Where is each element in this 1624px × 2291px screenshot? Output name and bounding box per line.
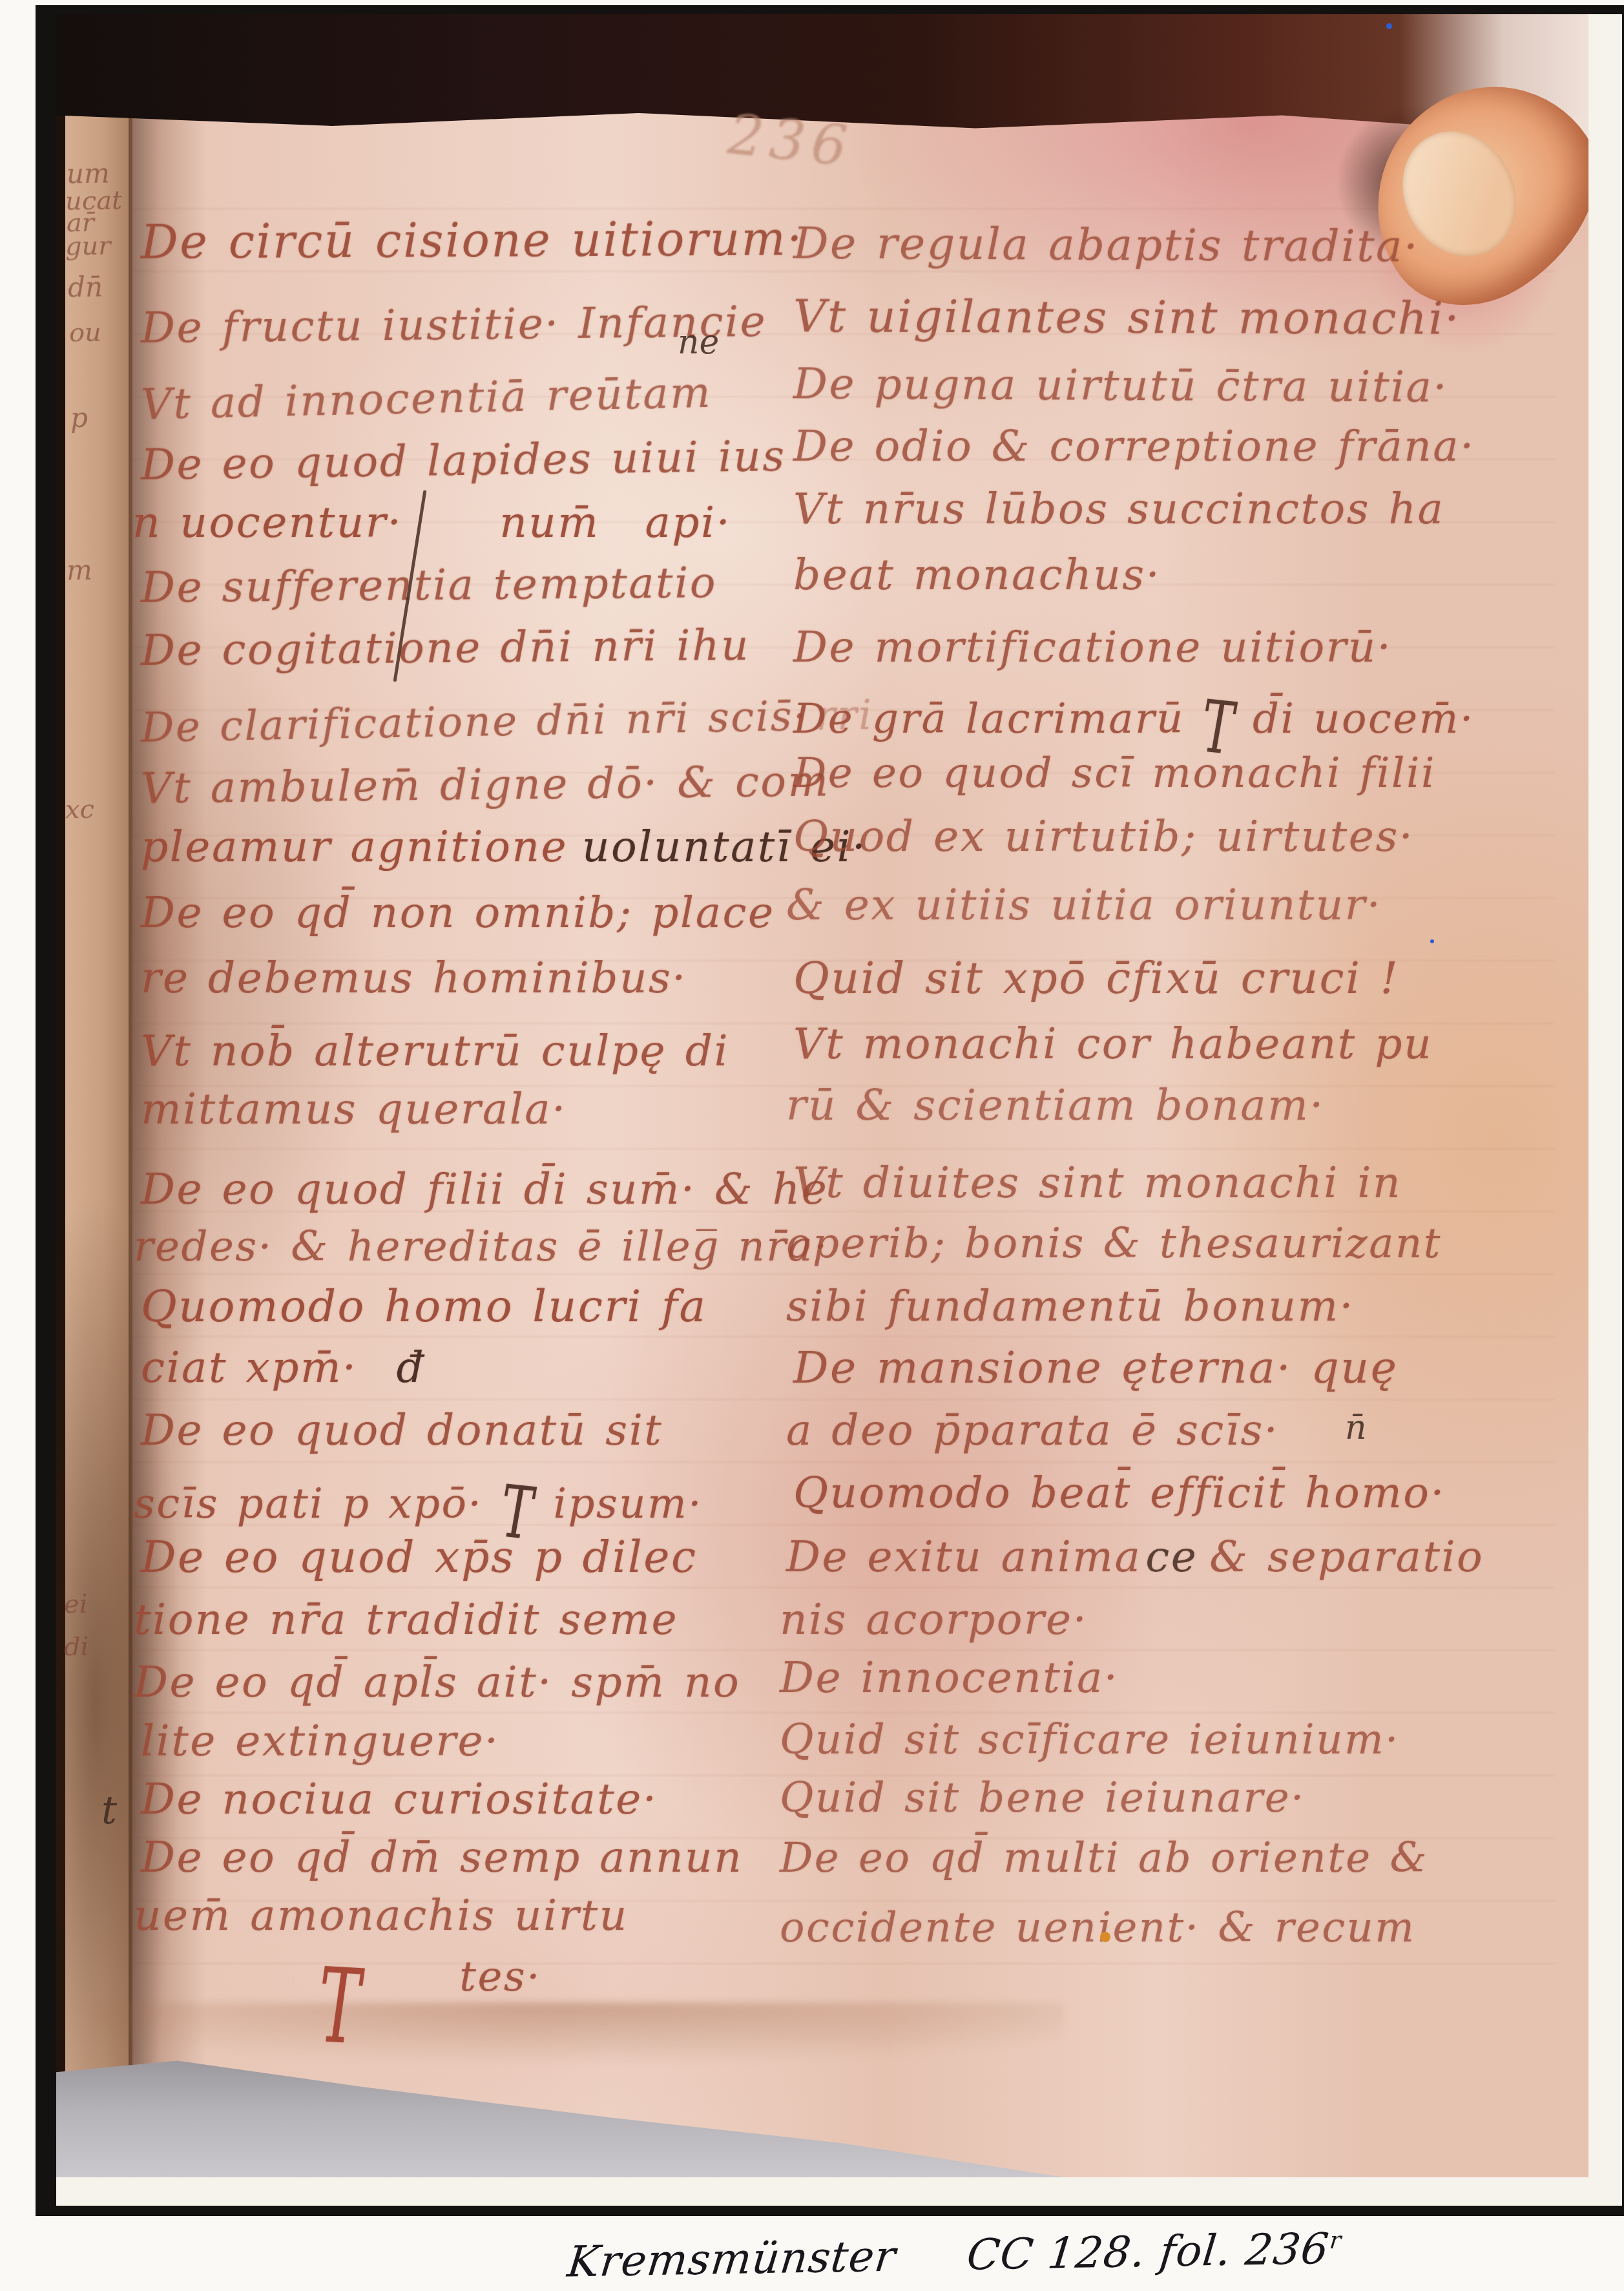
toc-right-entry-11: & ex uitiis uitia oriuntur· (786, 880, 1382, 930)
toc-right-entry-3: De pugna uirtutū c̄tra uitia· (793, 359, 1448, 412)
page-bottom-shadow (95, 2003, 1064, 2080)
text-run: De eo quod lapides uiui ius (141, 431, 787, 490)
toc-left-entry-19: De eo quod donatū sit (141, 1405, 663, 1455)
text-run: De fructu iustitie· Infancie (141, 297, 767, 353)
text-run: De exitu anima (786, 1532, 1141, 1582)
toc-left-entry-4: De eo quod lapides uiui ius (141, 431, 787, 490)
text-run: De innocentia· (780, 1653, 1119, 1702)
toc-left-entry-21: De eo quod xp̄s p dilec (141, 1532, 697, 1583)
text-run: De circū cisione uitiorum· (141, 211, 804, 269)
text-run: De nociua curiositate· (141, 1774, 658, 1824)
toc-left-entry-23: De eo qd̄ apl̄s ait· spm̄ no (134, 1657, 740, 1707)
cutoff-fragment-6: ou (69, 318, 102, 348)
toc-left-entry-9: Vt ambulem̄ digne dō· & com (141, 756, 830, 813)
toc-right-entry-13: Vt monachi cor habeant pu (793, 1019, 1433, 1069)
toc-right-entry-22: nis acorpore· (780, 1595, 1088, 1644)
toc-right-entry-9: De eo quod scī monachi filii (793, 749, 1436, 797)
cutoff-fragment-11: di (64, 1632, 89, 1662)
toc-left-entry-14: mittamus querala· (141, 1084, 567, 1134)
text-run: uem̄ amonachis uirtu (134, 1890, 629, 1940)
text-run: & separatio (1209, 1532, 1484, 1582)
text-run: De grā lacrimarū (793, 695, 1185, 743)
toc-left-entry-12: re debemus hominibus· (141, 953, 687, 1003)
toc-left-entry-16: redes· & hereditas ē illeg̅ nr̄a· (134, 1223, 829, 1271)
toc-left-entry-6: De sufferentia temptatio (141, 558, 718, 612)
text-run: d̄i uocem̄· (1253, 695, 1475, 743)
text-run: De eo quod filii d̄i sum̄· & he (141, 1164, 828, 1214)
text-run: sibi fundamentū bonum· (786, 1281, 1355, 1331)
text-run: Vt nr̄us lūbos succinctos ha (793, 484, 1444, 534)
text-run: De eo quod xp̄s p dilec (141, 1532, 697, 1583)
cutoff-fragment-5: dn̄ (68, 271, 103, 304)
text-run: T (318, 1945, 362, 2068)
text-run: Vt ambulem̄ digne dō· & com (141, 756, 830, 813)
text-run: operib; bonis & thesaurizant (786, 1220, 1442, 1268)
text-run: ce (1145, 1532, 1198, 1582)
text-run: Quid sit bene ieiunare· (780, 1774, 1306, 1822)
scan-page: { "page": { "folio_number": "236", "capt… (0, 0, 1624, 2291)
caption-superscript: r (1328, 2226, 1343, 2254)
text-run: De cogitatione dn̄i nr̄i ihu (141, 620, 751, 675)
toc-left-entry-11: De eo qd̄ non omnib; place (141, 888, 775, 937)
toc-right-entry-2: Vt uigilantes sint monachi· (793, 289, 1461, 345)
text-run: Quod ex uirtutib; uirtutes· (793, 811, 1414, 861)
text-run: scīs pati p xpō· (134, 1480, 483, 1528)
toc-right-entry-6: beat monachus· (793, 550, 1161, 600)
toc-left-entry-28: Ttes· (305, 1946, 541, 2067)
toc-right-entry-18: De mansione ęterna· quę (793, 1343, 1398, 1394)
toc-left-entry-22: tione nr̄a tradidit seme (134, 1595, 678, 1644)
text-run: De eo qd̄ non omnib; place (141, 888, 775, 937)
text-run: De eo qd̄ apl̄s ait· spm̄ no (134, 1657, 740, 1707)
toc-left-entry-26: De eo qd̄ dm̄ semp annun (141, 1832, 743, 1882)
text-run: re debemus hominibus· (141, 953, 687, 1003)
toc-right-entry-5: Vt nr̄us lūbos succinctos ha (793, 484, 1444, 534)
toc-right-entry-20: Quomodo beat̄ efficit̄ homo· (793, 1468, 1446, 1518)
toc-right-entry-21: De exitu animace& separatio (786, 1532, 1484, 1582)
text-run: De eo quod donatū sit (141, 1405, 663, 1455)
toc-right-entry-12: Quid sit xpō c̄fixū cruci ! (793, 953, 1399, 1004)
cutoff-fragment-1: um (67, 157, 110, 189)
orange-speck-1 (1100, 1932, 1110, 1942)
text-run: De pugna uirtutū c̄tra uitia· (793, 359, 1448, 412)
toc-left-entry-1: De circū cisione uitiorum· (141, 211, 804, 269)
text-run: & ex uitiis uitia oriuntur· (786, 880, 1382, 930)
text-run: Vt monachi cor habeant pu (793, 1019, 1433, 1069)
text-run: De eo qd̄ dm̄ semp annun (141, 1832, 743, 1882)
toc-left-entry-25: De nociua curiositate· (141, 1774, 658, 1824)
text-run: đ (396, 1343, 425, 1392)
text-run: De odio & correptione frāna· (793, 421, 1475, 471)
toc-right-entry-24: Quid sit scīficare ieiunium· (780, 1716, 1400, 1764)
text-run: De mansione ęterna· quę (793, 1343, 1398, 1394)
toc-right-entry-23: De innocentia· (780, 1653, 1119, 1702)
toc-right-entry-7: De mortificatione uitiorū· (793, 622, 1392, 672)
toc-left-entry-5: n uocentur·num̄api· (132, 497, 731, 547)
toc-right-entry-10: Quod ex uirtutib; uirtutes· (793, 811, 1414, 861)
text-run: De eo qd̄ multi ab oriente & (780, 1834, 1428, 1882)
insertion-mark-1: ne (678, 323, 719, 362)
toc-left-entry-15: De eo quod filii d̄i sum̄· & he (141, 1164, 828, 1214)
cutoff-fragment-10: ei (64, 1589, 88, 1620)
toc-right-entry-27: occidente uenient· & recum (780, 1904, 1416, 1952)
blue-speck-2 (1430, 939, 1434, 943)
text-run: tes· (459, 1953, 541, 2001)
cutoff-fragment-7: p (70, 402, 88, 434)
text-run: De regula abaptis tradita· (793, 218, 1420, 272)
text-run: occidente uenient· & recum (780, 1904, 1416, 1952)
text-run: Vt diuites sint monachi in (793, 1158, 1402, 1208)
text-run: De mortificatione uitiorū· (793, 622, 1392, 672)
toc-right-entry-25: Quid sit bene ieiunare· (780, 1774, 1306, 1822)
text-run: beat monachus· (793, 550, 1161, 600)
text-run: pleamur agnitione (141, 822, 568, 872)
text-run: Vt nob̄ alterutrū culpę di (141, 1026, 729, 1076)
toc-left-entry-27: uem̄ amonachis uirtu (134, 1890, 629, 1940)
caption-shelfmark: CC 128. fol. 236 (964, 2224, 1331, 2280)
text-run: num̄ (499, 497, 599, 547)
text-run: De eo quod scī monachi filii (793, 749, 1436, 797)
insertion-mark-3: t (101, 1788, 117, 1833)
cutoff-fragment-8: m (67, 554, 93, 587)
text-run: ipsum· (553, 1480, 703, 1528)
text-run: Quid sit scīficare ieiunium· (780, 1716, 1400, 1764)
toc-left-entry-13: Vt nob̄ alterutrū culpę di (141, 1026, 729, 1076)
text-run: ciat xpm̄· (141, 1343, 357, 1392)
caption-library: Kremsmünster (565, 2232, 899, 2287)
toc-right-entry-26: De eo qd̄ multi ab oriente & (780, 1834, 1428, 1882)
toc-left-entry-2: De fructu iustitie· Infancie (141, 297, 767, 353)
text-run: mittamus querala· (141, 1084, 567, 1134)
insertion-mark-2: n̄ (1345, 1408, 1367, 1447)
cutoff-fragment-9: xc (65, 795, 95, 825)
text-run: rū & scientiam bonam· (786, 1080, 1325, 1130)
text-run: De sufferentia temptatio (141, 558, 718, 612)
toc-right-entry-16: operib; bonis & thesaurizant (786, 1220, 1442, 1268)
text-run: Quomodo homo lucri fa (141, 1281, 707, 1332)
toc-left-entry-18: ciat xpm̄·đ (141, 1343, 425, 1392)
toc-left-entry-10: pleamur agnitioneuoluntatī ei· (141, 822, 868, 872)
blue-speck-1 (1386, 23, 1392, 29)
text-run: Vt uigilantes sint monachi· (793, 289, 1461, 345)
folio-number: 236 (725, 102, 857, 180)
cutoff-fragment-4: gur (65, 231, 111, 261)
toc-right-entry-19: a deo p̄parata ē scīs· (786, 1405, 1279, 1455)
text-run: nis acorpore· (780, 1595, 1088, 1644)
toc-right-entry-4: De odio & correptione frāna· (793, 421, 1475, 471)
text-run: redes· & hereditas ē illeg̅ nr̄a· (134, 1223, 829, 1271)
text-run: api· (645, 497, 731, 547)
text-run: Quomodo beat̄ efficit̄ homo· (793, 1468, 1446, 1518)
text-run: n uocentur· (132, 497, 402, 547)
toc-left-entry-17: Quomodo homo lucri fa (141, 1281, 707, 1332)
toc-left-entry-24: lite extinguere· (141, 1716, 500, 1766)
text-run: lite extinguere· (141, 1716, 500, 1766)
toc-right-entry-17: sibi fundamentū bonum· (786, 1281, 1355, 1331)
toc-left-entry-7: De cogitatione dn̄i nr̄i ihu (141, 620, 751, 675)
toc-right-entry-14: rū & scientiam bonam· (786, 1080, 1325, 1130)
toc-right-entry-1: De regula abaptis tradita· (793, 218, 1420, 272)
text-run: Quid sit xpō c̄fixū cruci ! (793, 953, 1399, 1004)
text-run: tione nr̄a tradidit seme (134, 1595, 678, 1644)
toc-right-entry-15: Vt diuites sint monachi in (793, 1158, 1402, 1208)
text-run: a deo p̄parata ē scīs· (786, 1405, 1279, 1455)
handwritten-caption: KremsmünsterCC 128. fol. 236r (565, 2224, 1344, 2287)
photo-black-frame: 236 De circū cisione uitiorum·De fructu … (36, 5, 1624, 2216)
manuscript-photo: 236 De circū cisione uitiorum·De fructu … (56, 14, 1588, 2177)
